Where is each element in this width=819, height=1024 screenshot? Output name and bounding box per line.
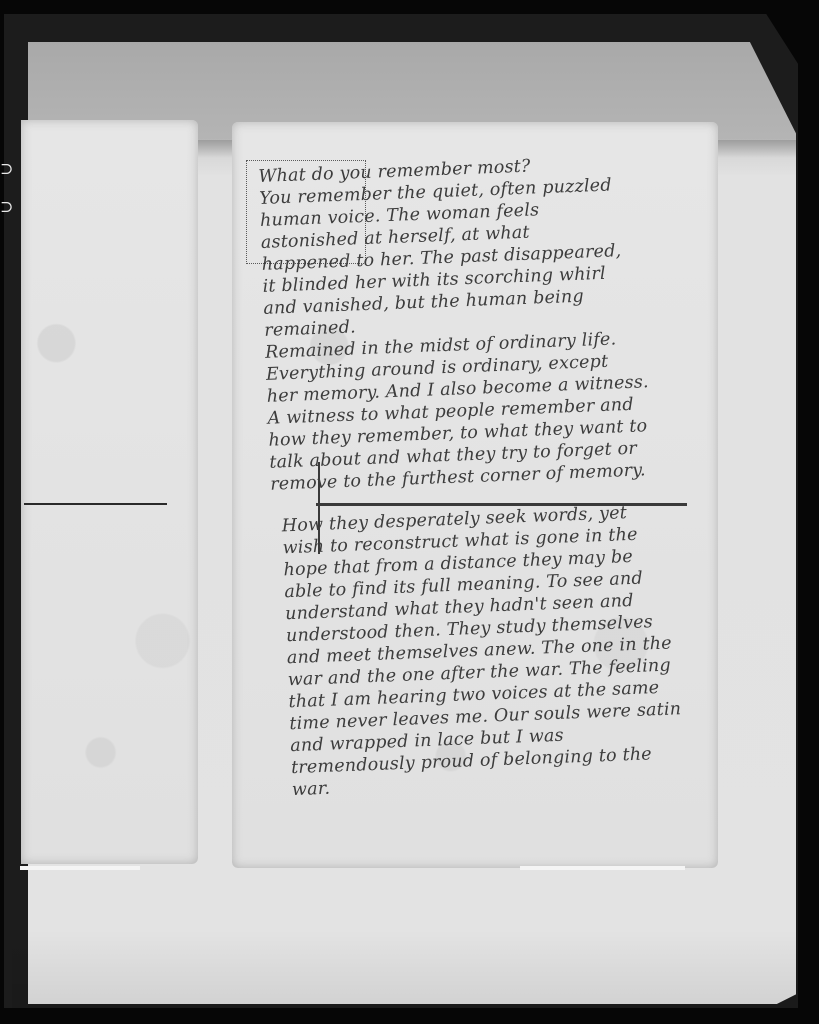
message-paragraph: What do you remember most? You remember … xyxy=(258,149,712,342)
message-paragraph: How they desperately seek words, yet wis… xyxy=(271,499,730,802)
message-paragraph: Remained in the midst of ordinary life. … xyxy=(265,325,719,496)
edge-marks: ⊃ ⊃ xyxy=(0,150,13,226)
edge-mark: ⊃ xyxy=(0,150,13,188)
postcard-right: What do you remember most? You remember … xyxy=(232,122,718,868)
address-divider-line xyxy=(24,503,167,505)
scan-artifact-strip xyxy=(520,866,685,870)
handwritten-message: What do you remember most? You remember … xyxy=(258,149,730,802)
plate-bottom-shading xyxy=(12,930,802,1008)
edge-mark: ⊃ xyxy=(0,188,13,226)
scan-artifact-strip xyxy=(20,866,140,870)
postcard-left xyxy=(21,120,198,864)
